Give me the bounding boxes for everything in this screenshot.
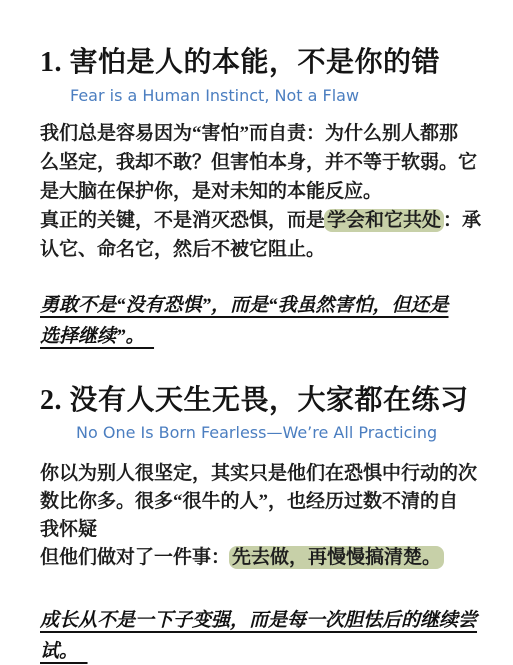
highlighted-text: 先去做，再慢慢搞清楚。 bbox=[229, 546, 444, 569]
text-segment: 选择继续”。 bbox=[40, 326, 135, 347]
text-segment: 是大脑在保护你，是对未知的本能反应。 bbox=[40, 181, 382, 202]
section-1-quote: 勇敢不是“没有恐惧”，而是“我虽然害怕，但还是选择继续”。 bbox=[40, 290, 485, 352]
text-segment: 认它、命名它，然后不被它阻止。 bbox=[40, 239, 325, 260]
text-segment: 但他们做对了一件事： bbox=[40, 547, 230, 568]
section-2-quote: 成长从不是一下子变强，而是每一次胆怯后的继续尝试。 bbox=[40, 605, 485, 665]
text-segment: 我们总是容易因为“害怕”而自责：为什么别人都那 bbox=[40, 123, 458, 144]
text-segment: 我怀疑 bbox=[40, 519, 97, 540]
text-segment: 数比你多。很多“很牛的人”，也经历过数不清的自 bbox=[40, 491, 458, 512]
text-segment: 试。 bbox=[40, 641, 69, 662]
text-segment: 么坚定，我却不敢？但害怕本身，并不等于软弱。它 bbox=[40, 152, 477, 173]
section-2-subtitle-en: No One Is Born Fearless—We’re All Practi… bbox=[76, 423, 485, 443]
text-segment: 勇敢不是“没有恐惧”，而是“我虽然害怕，但还是 bbox=[40, 295, 449, 316]
section-2-heading: 2. 没有人天生无畏，大家都在练习 bbox=[40, 384, 485, 418]
highlighted-text: 学会和它共处 bbox=[324, 209, 444, 232]
section-2-body: 你以为别人很坚定，其实只是他们在恐惧中行动的次数比你多。很多“很牛的人”，也经历… bbox=[40, 460, 485, 572]
section-1-subtitle-en: Fear is a Human Instinct, Not a Flaw bbox=[70, 86, 485, 106]
section-1: 1. 害怕是人的本能，不是你的错 Fear is a Human Instinc… bbox=[40, 46, 485, 352]
section-1-heading: 1. 害怕是人的本能，不是你的错 bbox=[40, 46, 485, 80]
text-segment: 真正的关键，不是消灭恐惧，而是 bbox=[40, 210, 325, 231]
text-segment: ：承 bbox=[443, 210, 481, 231]
text-segment: 你以为别人很坚定，其实只是他们在恐惧中行动的次 bbox=[40, 463, 477, 484]
section-2: 2. 没有人天生无畏，大家都在练习 No One Is Born Fearles… bbox=[40, 384, 485, 665]
text-segment: 成长从不是一下子变强，而是每一次胆怯后的继续尝 bbox=[40, 610, 477, 631]
section-1-body: 我们总是容易因为“害怕”而自责：为什么别人都那么坚定，我却不敢？但害怕本身，并不… bbox=[40, 119, 485, 264]
note-page: 1. 害怕是人的本能，不是你的错 Fear is a Human Instinc… bbox=[0, 0, 513, 665]
